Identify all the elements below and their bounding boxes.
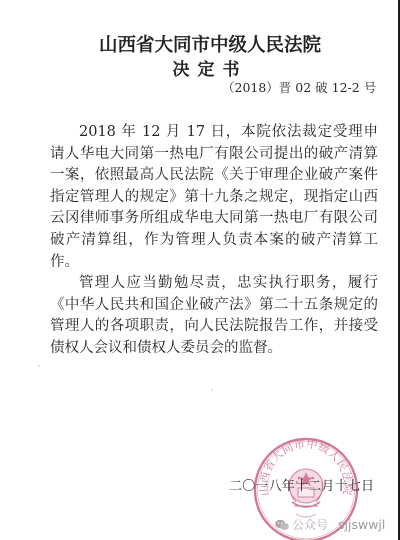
document-body: 2018 年 12 月 17 日，本院依法裁定受理申请人华电大同第一热电厂有限公… bbox=[50, 122, 378, 360]
document-date: 二〇一八年十二月十七日 bbox=[229, 475, 374, 494]
watermark-label: 公众号 bbox=[292, 516, 328, 533]
court-name-heading: 山西省大同市中级人民法院 bbox=[0, 31, 400, 57]
case-number: （2018）晋 02 破 12-2 号 bbox=[222, 78, 376, 96]
wechat-icon bbox=[275, 519, 289, 531]
scan-speck bbox=[211, 389, 213, 391]
scan-speck bbox=[38, 365, 40, 367]
document-type-heading: 决定书 bbox=[0, 55, 400, 80]
paragraph-appointment: 2018 年 12 月 17 日，本院依法裁定受理申请人华电大同第一热电厂有限公… bbox=[50, 122, 378, 273]
scan-speck bbox=[211, 321, 213, 323]
paragraph-duties: 管理人应当勤勉尽责，忠实执行职务，履行《中华人民共和国企业破产法》第二十五条规定… bbox=[50, 273, 378, 359]
watermark-account-id: sjjswwjl bbox=[338, 517, 385, 532]
document-page: 山西省大同市中级人民法院 决定书 （2018）晋 02 破 12-2 号 201… bbox=[0, 0, 400, 540]
wechat-watermark: 公众号 sjjswwjl bbox=[275, 516, 385, 533]
